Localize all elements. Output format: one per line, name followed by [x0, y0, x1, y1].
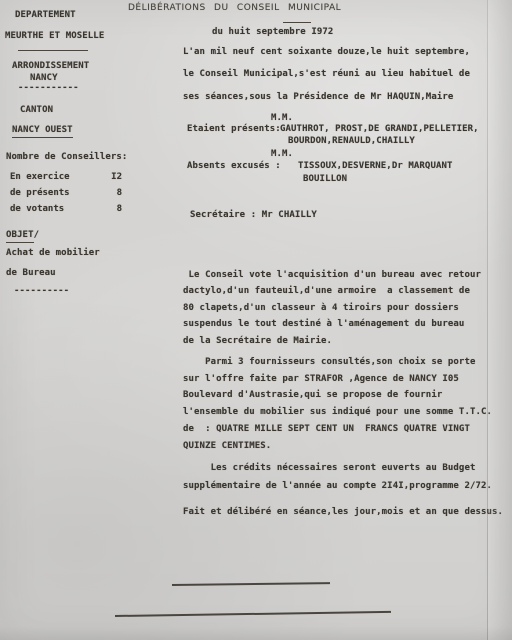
- margin-canton-value: NANCY OUEST: [12, 126, 73, 138]
- title-underline: [283, 22, 311, 23]
- conseillers-row-value: I2: [111, 173, 122, 182]
- objet-slash: /: [34, 230, 40, 240]
- margin-canton-label: CANTON: [20, 106, 53, 115]
- closing-line: Fait et délibéré en séance,les jour,mois…: [183, 508, 503, 517]
- objet-label: OBJET: [6, 230, 34, 243]
- bottom-shadow: [0, 626, 512, 640]
- conseillers-row-exercice: En exercice I2: [10, 173, 122, 182]
- signature-rule-long: [115, 611, 391, 617]
- present-label: Etaient présents:: [187, 125, 281, 134]
- conseillers-row-label: de présents: [10, 189, 70, 198]
- margin-departement-label: DEPARTEMENT: [15, 11, 76, 20]
- date-line: du huit septembre I972: [212, 28, 333, 37]
- paper-edge-strip: [488, 0, 512, 640]
- objet-line-2: de Bureau: [6, 269, 56, 278]
- margin-arrondissement-dashes: -----------: [18, 84, 79, 93]
- conseillers-row-value: 8: [117, 189, 122, 198]
- objet-line-1: Achat de mobilier: [6, 249, 100, 258]
- body-paragraph-3: Les crédits nécessaires seront euverts a…: [183, 459, 492, 495]
- conseillers-row-value: 8: [117, 205, 122, 214]
- document-title: DÉLIBÉRATIONS DU CONSEIL MUNICIPAL: [128, 4, 341, 13]
- absent-names-line-1: TISSOUX,DESVERNE,Dr MARQUANT: [298, 162, 453, 171]
- secretary-line: Secrétaire : Mr CHAILLY: [190, 211, 317, 220]
- conseillers-row-votants: de votants 8: [10, 205, 122, 214]
- paper-sheet: DÉLIBÉRATIONS DU CONSEIL MUNICIPAL du hu…: [0, 0, 512, 640]
- objet-dashes: ----------: [14, 287, 69, 296]
- present-names-line-1: GAUTHROT, PROST,DE GRANDI,PELLETIER,: [280, 125, 479, 134]
- margin-departement-value: MEURTHE ET MOSELLE: [5, 32, 104, 41]
- intro-paragraph: L'an mil neuf cent soixante douze,le hui…: [183, 41, 470, 108]
- present-names-line-2: BOURDON,RENAULD,CHAILLY: [288, 137, 415, 146]
- conseillers-row-presents: de présents 8: [10, 189, 122, 198]
- mm-label-2: M.M.: [271, 150, 293, 159]
- objet-heading: OBJET/: [6, 231, 39, 240]
- body-paragraph-2: Parmi 3 fournisseurs consultés,son choix…: [183, 354, 492, 454]
- absent-label: Absents excusés :: [187, 162, 281, 171]
- margin-rule-departement: [18, 50, 88, 51]
- conseillers-row-label: de votants: [10, 205, 64, 214]
- margin-arrondissement-label: ARRONDISSEMENT: [12, 62, 89, 71]
- conseillers-row-label: En exercice: [10, 173, 70, 182]
- absent-names-line-2: BOUILLON: [303, 175, 347, 184]
- body-paragraph-1: Le Conseil vote l'acquisition d'un burea…: [183, 267, 481, 349]
- margin-arrondissement-value: NANCY: [30, 74, 58, 83]
- signature-rule-short: [172, 582, 330, 585]
- conseillers-heading: Nombre de Conseillers:: [6, 153, 127, 162]
- mm-label-1: M.M.: [271, 114, 293, 123]
